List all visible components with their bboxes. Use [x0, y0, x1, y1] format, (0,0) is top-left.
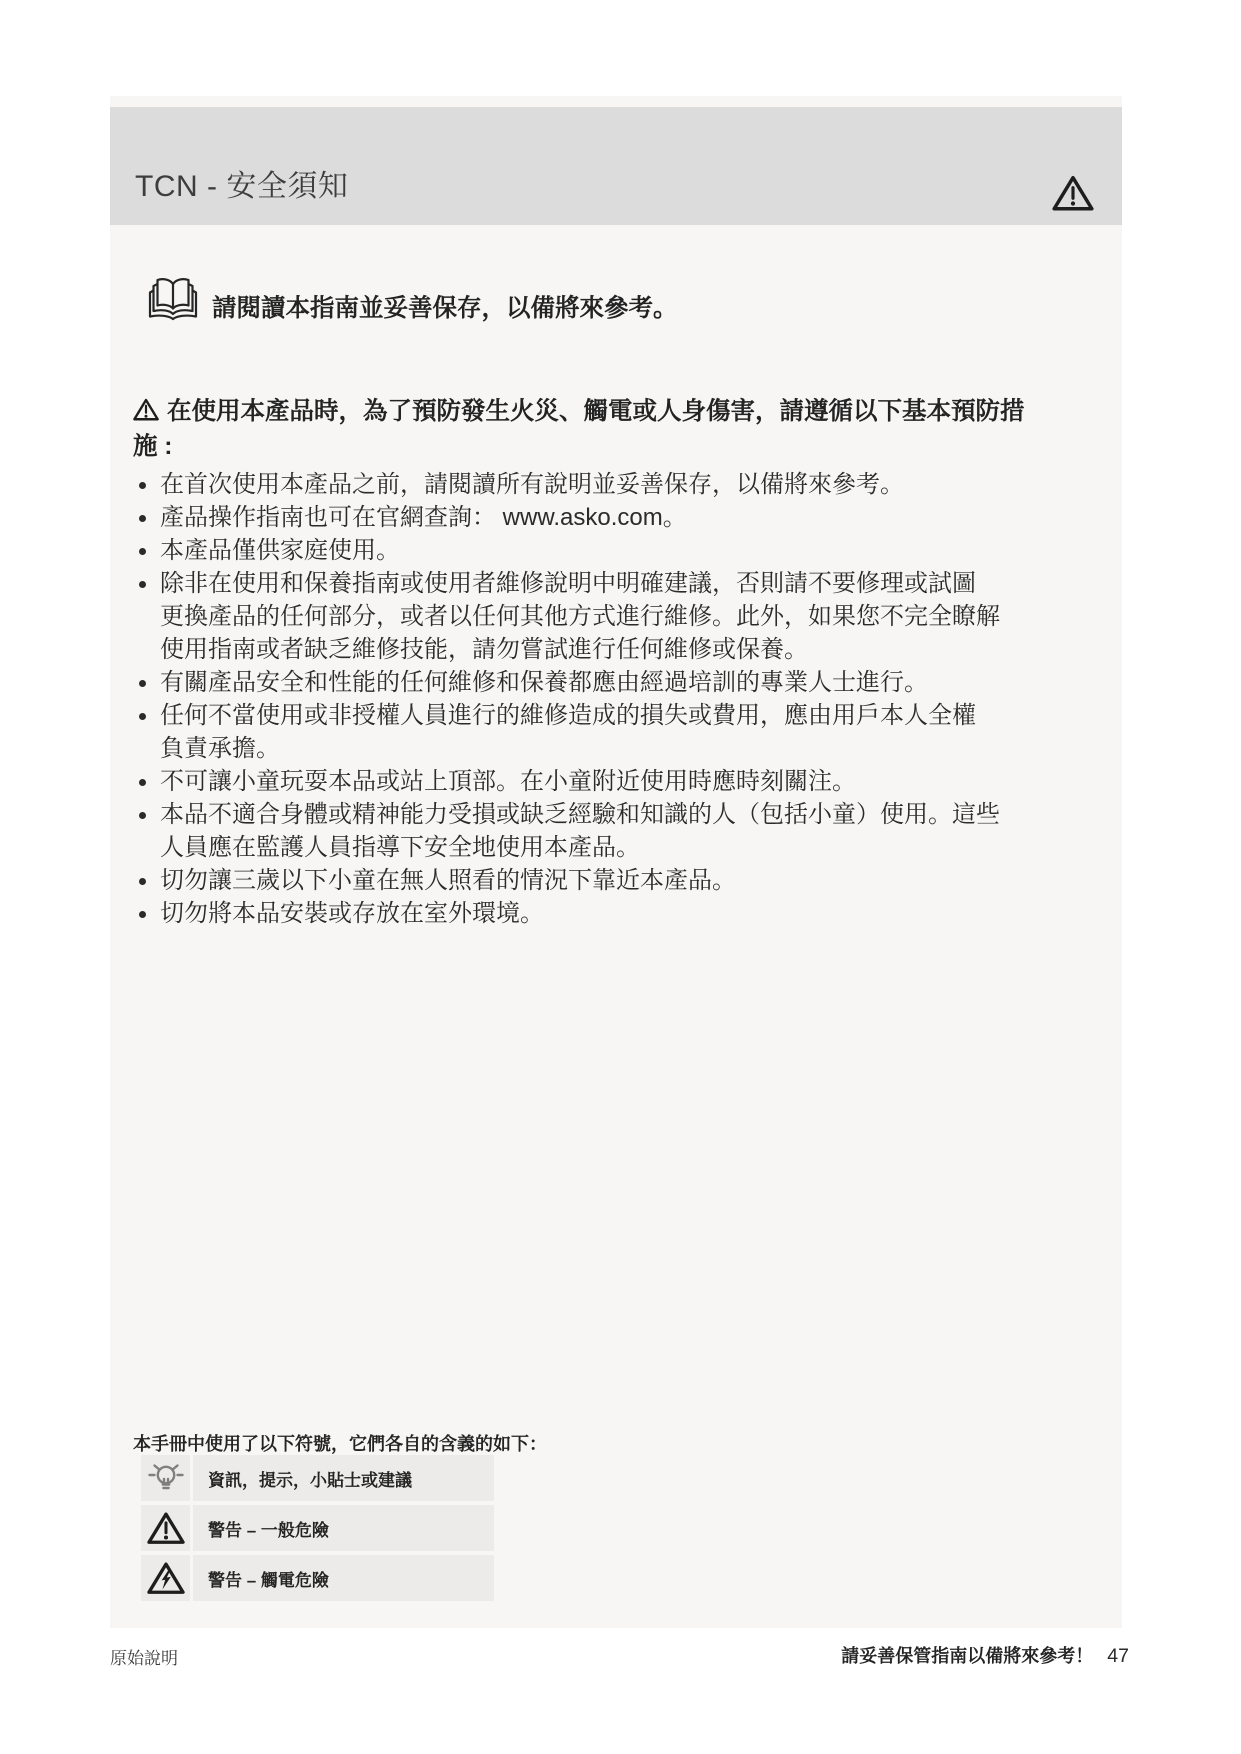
symbols-table: 資訊，提示，小貼士或建議 警告 – 一般危險 — [141, 1455, 494, 1601]
lightbulb-icon — [141, 1455, 190, 1501]
content-area: TCN - 安全須知 請閱讀本指南並妥善保存，以備將來參考。 — [110, 96, 1122, 1628]
safety-heading-text: 在使用本產品時，為了預防發生火災、觸電或人身傷害，請遵循以下基本預防措 施 : — [133, 398, 1025, 460]
symbol-label: 資訊，提示，小貼士或建議 — [193, 1455, 494, 1501]
safety-section: 在使用本產品時，為了預防發生火災、觸電或人身傷害，請遵循以下基本預防措 施 : … — [133, 395, 1105, 930]
read-notice: 請閱讀本指南並妥善保存，以備將來參考。 — [147, 274, 678, 327]
warning-triangle-small-icon — [133, 397, 159, 430]
bullet-item: 本產品僅供家庭使用。 — [133, 534, 1105, 567]
bullet-item: 除非在使用和保養指南或使用者維修說明中明確建議，否則請不要修理或試圖 更換產品的… — [133, 567, 1105, 666]
bullet-item: 有關產品安全和性能的任何維修和保養都應由經過培訓的專業人士進行。 — [133, 666, 1105, 699]
page-number: 47 — [1107, 1645, 1129, 1668]
symbol-label: 警告 – 一般危險 — [193, 1505, 494, 1551]
footer-right: 請妥善保管指南以備將來參考！ 47 — [841, 1642, 1129, 1668]
bullet-item: 產品操作指南也可在官網查詢： www.asko.com。 — [133, 501, 1105, 534]
warning-general-icon — [141, 1505, 190, 1551]
symbols-intro: 本手冊中使用了以下符號，它們各自的含義的如下： — [133, 1430, 547, 1456]
safety-bullet-list: 在首次使用本產品之前，請閱讀所有說明並妥善保存，以備將來參考。 產品操作指南也可… — [133, 468, 1105, 930]
bullet-item: 切勿讓三歲以下小童在無人照看的情況下靠近本產品。 — [133, 864, 1105, 897]
warning-electric-icon — [141, 1555, 190, 1601]
footer-left-text: 原始說明 — [110, 1644, 178, 1669]
open-book-icon — [147, 274, 199, 327]
symbol-label: 警告 – 觸電危險 — [193, 1555, 494, 1601]
symbol-row: 警告 – 觸電危險 — [141, 1555, 494, 1601]
document-page: TCN - 安全須知 請閱讀本指南並妥善保存，以備將來參考。 — [0, 0, 1241, 1754]
bullet-item: 不可讓小童玩耍本品或站上頂部。在小童附近使用時應時刻關注。 — [133, 765, 1105, 798]
symbol-row: 資訊，提示，小貼士或建議 — [141, 1455, 494, 1501]
bullet-item: 切勿將本品安裝或存放在室外環境。 — [133, 897, 1105, 930]
bullet-item: 任何不當使用或非授權人員進行的維修造成的損失或費用，應由用戶本人全權 負責承擔。 — [133, 699, 1105, 765]
bullet-item: 本品不適合身體或精神能力受損或缺乏經驗和知識的人（包括小童）使用。這些 人員應在… — [133, 798, 1105, 864]
symbol-row: 警告 – 一般危險 — [141, 1505, 494, 1551]
safety-heading: 在使用本產品時，為了預防發生火災、觸電或人身傷害，請遵循以下基本預防措 施 : — [133, 395, 1105, 463]
bullet-item: 在首次使用本產品之前，請閱讀所有說明並妥善保存，以備將來參考。 — [133, 468, 1105, 501]
warning-triangle-icon — [1052, 174, 1094, 212]
footer-keep-note: 請妥善保管指南以備將來參考！ — [841, 1642, 1093, 1668]
read-notice-text: 請閱讀本指南並妥善保存，以備將來參考。 — [212, 289, 678, 327]
header-bar: TCN - 安全須知 — [110, 107, 1122, 225]
page-title: TCN - 安全須知 — [135, 161, 348, 205]
